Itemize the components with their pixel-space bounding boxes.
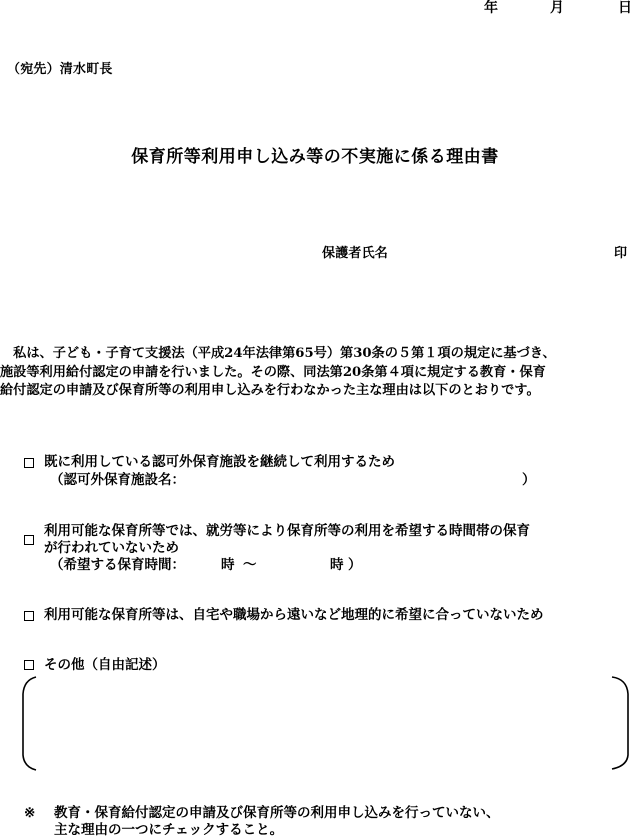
other-free-text-field[interactable]	[30, 680, 620, 766]
note-line1: 教育・保育給付認定の申請及び保育所等の利用申し込みを行っていない、	[54, 805, 500, 821]
note-mark: ※	[24, 805, 35, 821]
note-line2: 主な理由の一つにチェックすること。	[54, 822, 283, 838]
